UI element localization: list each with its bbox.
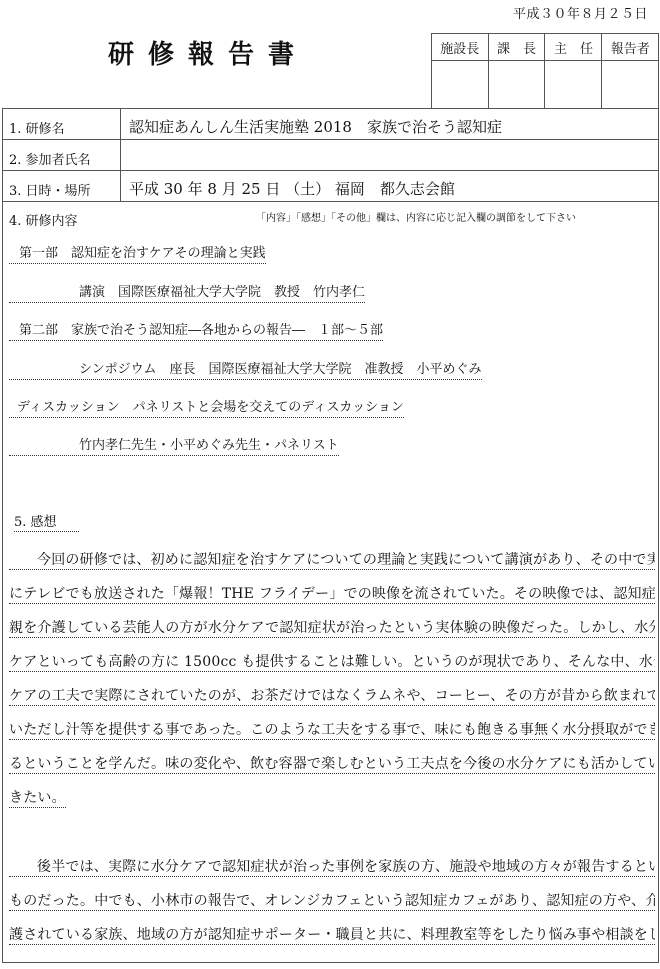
field-label: 2. 参加者氏名 — [3, 140, 121, 170]
training-content-section: 4. 研修内容 「内容」「感想」「その他」欄は、内容に応じ記入欄の調節をして下さ… — [3, 202, 658, 502]
impressions-paragraph-2[interactable]: 後半では、実際に水分ケアで認知症状が治った事例を家族の方、施設や地域の方々が報告… — [9, 859, 655, 961]
text-line: きたい。 — [9, 790, 66, 808]
stamp-box-section-chief[interactable] — [488, 61, 545, 109]
datetime-place-value[interactable]: 平成 30 年 8 月 25 日 （土） 福岡 都久志会館 — [121, 171, 658, 201]
field-label: 1. 研修名 — [3, 109, 121, 139]
text-line: ケアの工夫で実際にされていたのが、お茶だけではなくラムネや、コーヒー、その方が昔… — [9, 688, 655, 706]
report-date: 平成３０年８月２５日 — [513, 3, 648, 22]
text-line: 護されている家族、地域の方が認知症サポーター・職員と共に、料理教室等をしたり悩み… — [9, 927, 655, 945]
approval-stamp-table: 施設長 課 長 主 任 報告者 — [431, 33, 659, 109]
text-line: ものだった。中でも、小林市の報告で、オレンジカフェという認知症カフェがあり、認知… — [9, 893, 655, 911]
report-title: 研修報告書 — [108, 34, 308, 71]
text-line: ケアといっても高齢の方に 1500cc も提供することは難しい。というのが現状で… — [9, 654, 655, 672]
text-line: 親を介護している芸能人の方が水分ケアで認知症状が治ったという実体験の映像だった。… — [9, 620, 655, 638]
text-line: いただし汁等を提供する事であった。このような工夫をする事で、味にも飽きる事無く水… — [9, 722, 655, 740]
training-content-heading: 4. 研修内容 — [9, 210, 78, 229]
approval-header-facility-director: 施設長 — [432, 34, 489, 61]
content-line: 第二部 家族で治そう認知症―各地からの報告― １部～５部 — [9, 323, 383, 341]
approval-header-reporter: 報告者 — [602, 34, 659, 61]
field-row-participant: 2. 参加者氏名 — [3, 140, 658, 171]
text-line: にテレビでも放送された「爆報！THE フライデー」での映像を流されていた。その映… — [9, 586, 655, 604]
instruction-note: 「内容」「感想」「その他」欄は、内容に応じ記入欄の調節をして下さい — [256, 209, 576, 224]
content-line: シンポジウム 座長 国際医療福祉大学大学院 准教授 小平めぐみ — [9, 362, 482, 380]
field-row-training-name: 1. 研修名 認知症あんしん生活実施塾 2018 家族で治そう認知症 — [3, 109, 658, 140]
approval-header-supervisor: 主 任 — [545, 34, 602, 61]
field-label: 3. 日時・場所 — [3, 171, 121, 201]
approval-header-section-chief: 課 長 — [488, 34, 545, 61]
field-row-datetime-place: 3. 日時・場所 平成 30 年 8 月 25 日 （土） 福岡 都久志会館 — [3, 171, 658, 202]
participant-name-value[interactable] — [121, 140, 658, 170]
stamp-box-supervisor[interactable] — [545, 61, 602, 109]
content-line: ディスカッション パネリストと会場を交えてのディスカッション — [9, 400, 404, 418]
stamp-box-facility-director[interactable] — [432, 61, 489, 109]
content-line: 竹内孝仁先生・小平めぐみ先生・パネリスト — [9, 438, 339, 456]
text-line: 後半では、実際に水分ケアで認知症状が治った事例を家族の方、施設や地域の方々が報告… — [9, 859, 655, 877]
impressions-heading: 5. 感想 — [14, 515, 79, 532]
content-line: 第一部 認知症を治すケアその理論と実践 — [9, 246, 266, 264]
training-name-value[interactable]: 認知症あんしん生活実施塾 2018 家族で治そう認知症 — [121, 109, 658, 139]
stamp-box-reporter[interactable] — [602, 61, 659, 109]
content-line: 講演 国際医療福祉大学大学院 教授 竹内孝仁 — [9, 285, 365, 303]
impressions-paragraph-1[interactable]: 今回の研修では、初めに認知症を治すケアについての理論と実践について講演があり、そ… — [9, 552, 655, 828]
report-form: 1. 研修名 認知症あんしん生活実施塾 2018 家族で治そう認知症 2. 参加… — [2, 108, 659, 963]
text-line: 今回の研修では、初めに認知症を治すケアについての理論と実践について講演があり、そ… — [9, 552, 655, 570]
text-line: るということを学んだ。味の変化や、飲む容器で楽しむという工夫点を今後の水分ケアに… — [9, 756, 655, 774]
